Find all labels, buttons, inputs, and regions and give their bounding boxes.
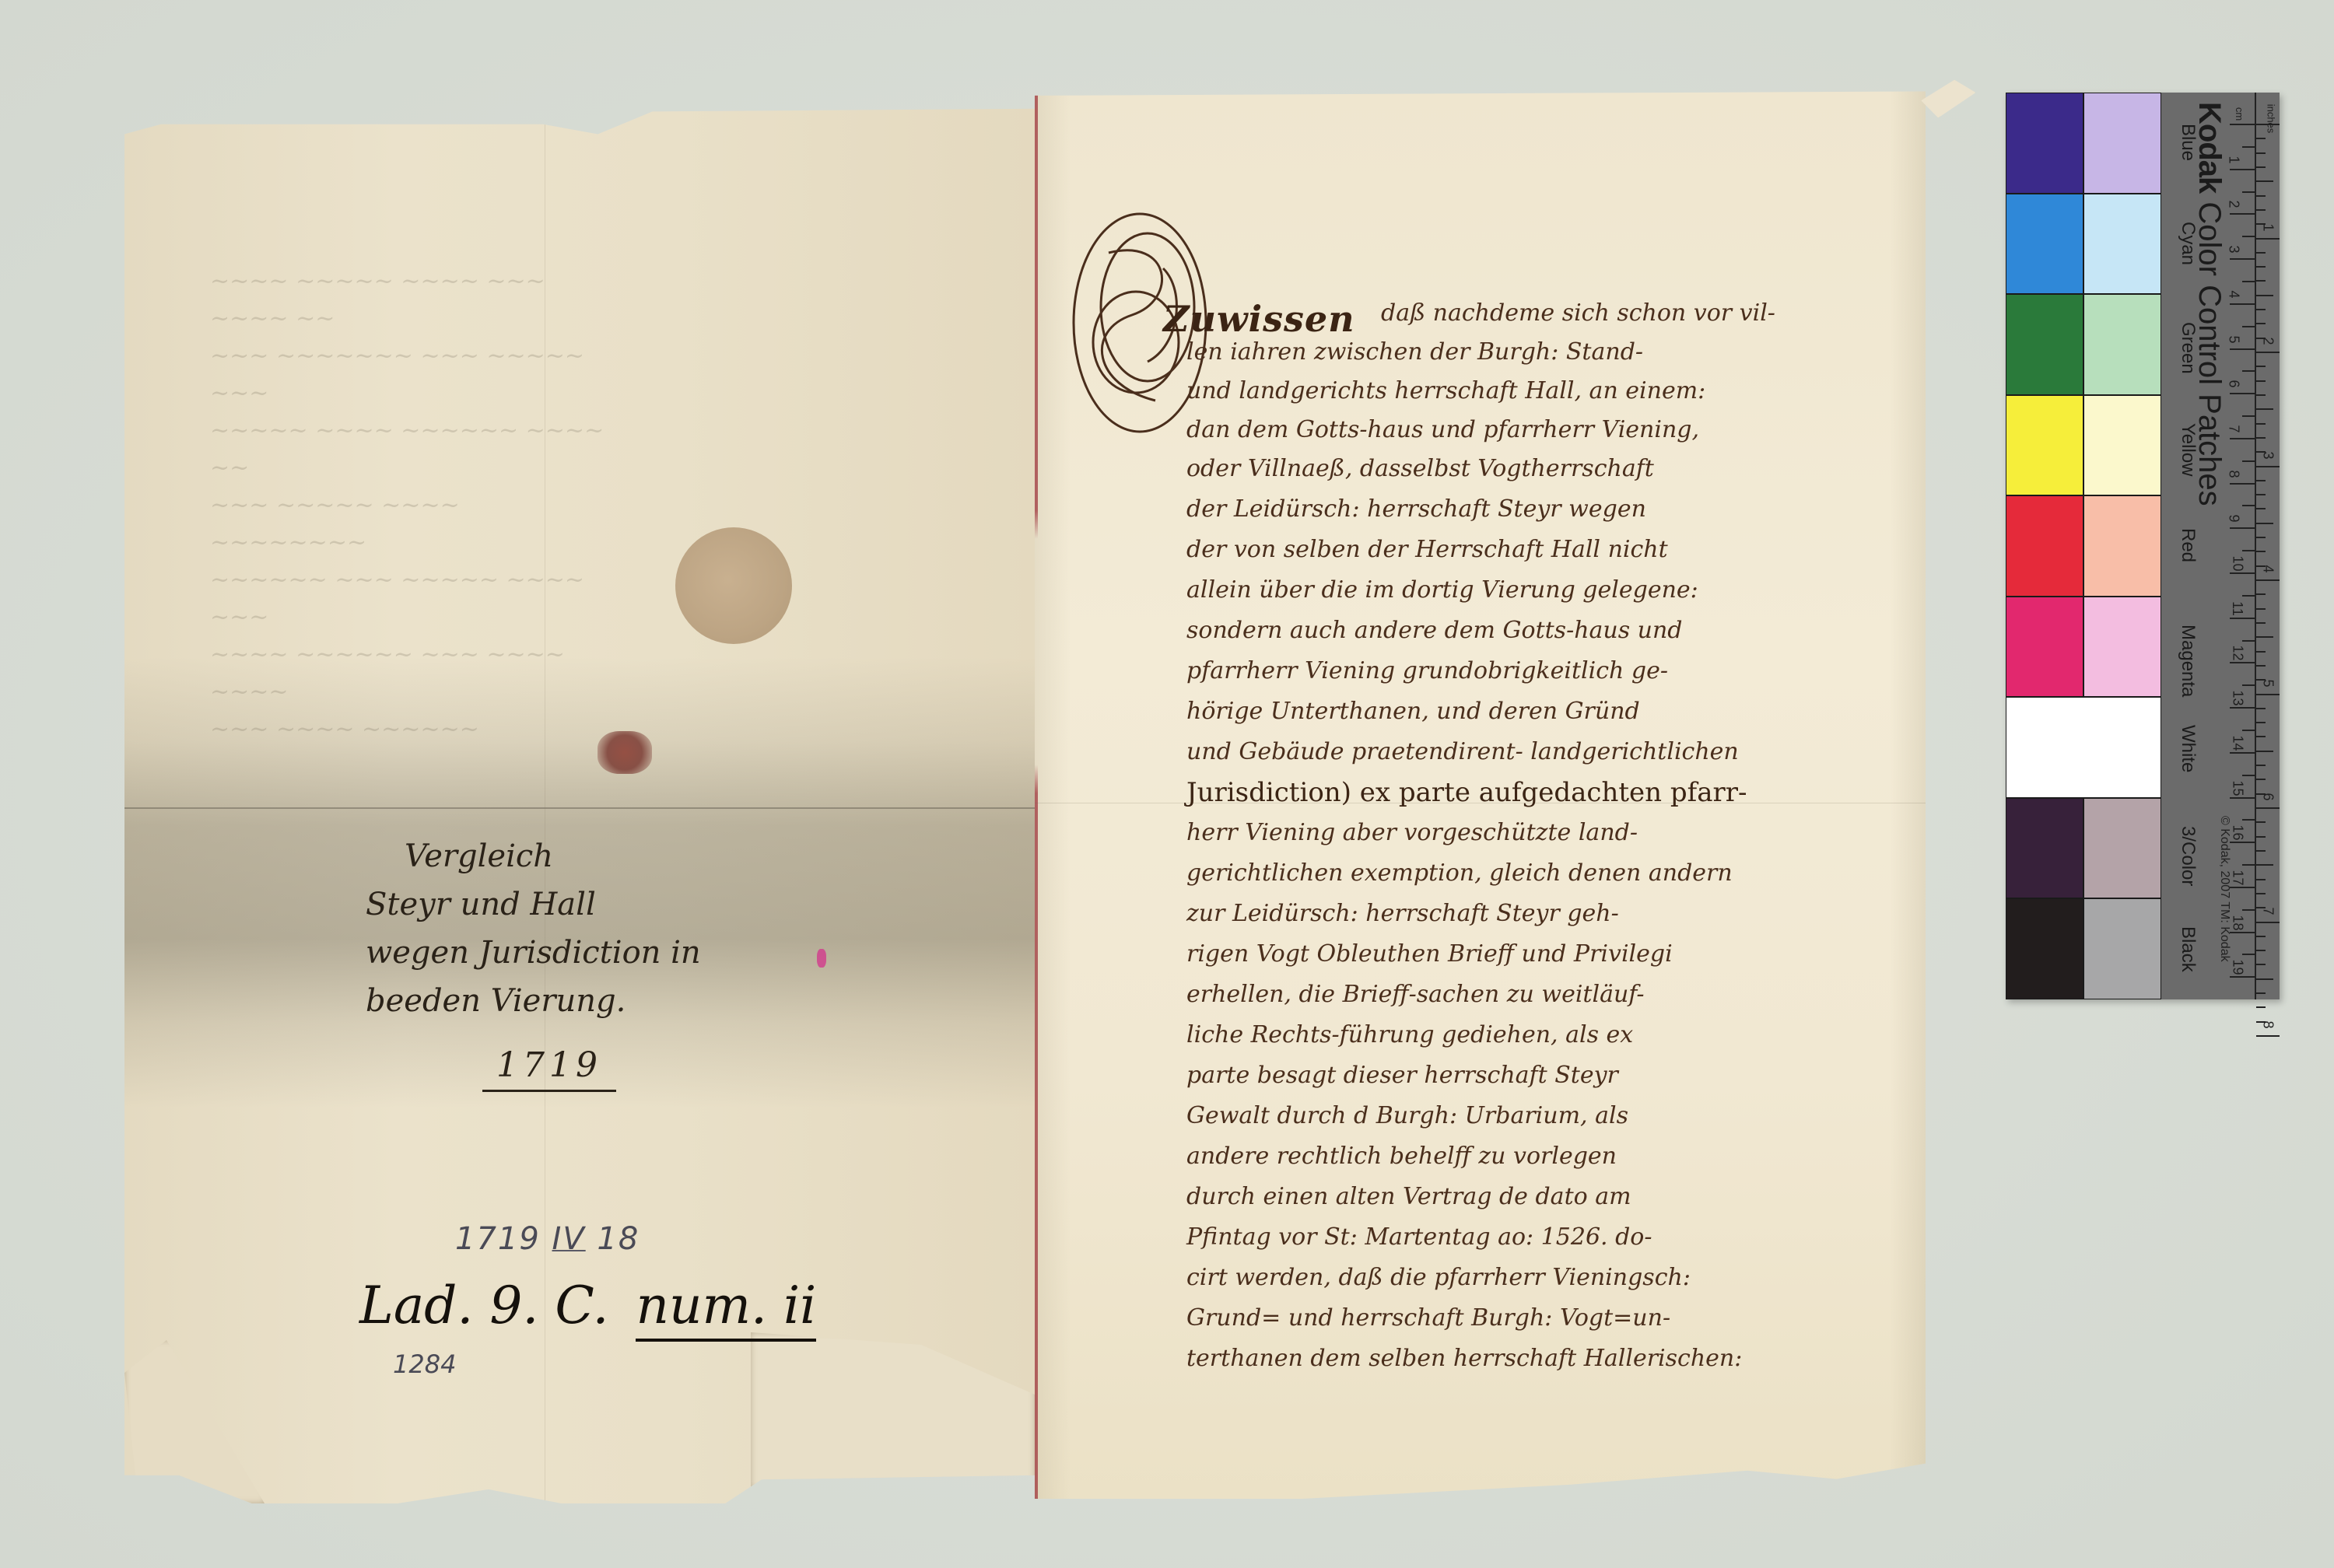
bleed-through-line: ~~~~ ~~~~~~ ~~~ ~~~~ ~~~~	[210, 636, 615, 711]
cm-tick	[2230, 707, 2255, 709]
inch-tick	[2256, 252, 2266, 254]
cm-tick	[2242, 819, 2255, 821]
cm-tick	[2242, 864, 2255, 866]
inch-tick	[2256, 523, 2273, 524]
inch-tick	[2256, 936, 2266, 937]
cm-tick	[2230, 483, 2255, 485]
centimeter-scale: cm 12345678910111213141516171819	[2230, 93, 2255, 999]
manuscript-line: oder Villnaeß, dasselbst Vogtherrschaft	[1186, 455, 1654, 482]
manuscript-line: daß nachdeme sich schon vor vil-	[1381, 299, 1775, 327]
inch-tick	[2256, 295, 2273, 296]
inch-tick	[2256, 1035, 2280, 1037]
inch-tick	[2256, 950, 2266, 951]
inch-tick-label: 6	[2260, 793, 2276, 800]
inch-tick	[2256, 238, 2280, 240]
kodak-title: Kodak Color Control Patches	[2194, 102, 2225, 646]
cm-tick	[2230, 169, 2255, 170]
pencil-date-day: 18	[597, 1221, 640, 1257]
manuscript-line: parte besagt dieser herrschaft Steyr	[1186, 1062, 1618, 1089]
color-patch-cyan-light	[2083, 194, 2161, 295]
inch-tick	[2256, 352, 2280, 353]
inch-tick	[2256, 1006, 2266, 1008]
patch-label: Black	[2177, 926, 2199, 970]
inch-tick	[2256, 722, 2266, 723]
cm-tick	[2242, 236, 2255, 237]
cm-tick-label: 8	[2226, 470, 2242, 478]
patch-label: 3/Color	[2177, 826, 2199, 870]
wax-seal-stain	[675, 527, 792, 644]
pencil-date-year: 1719	[455, 1221, 541, 1257]
inch-tick	[2256, 195, 2266, 197]
cm-tick-label: 5	[2226, 335, 2242, 343]
color-patch-white	[2006, 697, 2161, 798]
inch-tick	[2256, 608, 2266, 610]
inch-tick	[2256, 992, 2266, 994]
cm-tick	[2230, 213, 2255, 215]
manuscript-line: herr Viening aber vorgeschützte land-	[1186, 819, 1638, 846]
manuscript-line: der von selben der Herrschaft Hall nicht	[1186, 536, 1668, 563]
bleed-through-line: ~~~ ~~~~ ~~~~~~	[210, 711, 615, 748]
cm-tick	[2242, 460, 2255, 462]
manuscript-line: der Leidürsch: herrschaft Steyr wegen	[1186, 495, 1646, 523]
inch-tick	[2256, 166, 2266, 168]
inch-tick	[2256, 138, 2266, 139]
cm-tick	[2230, 618, 2255, 619]
inch-tick	[2256, 394, 2266, 396]
color-patch-3-color-dark	[2006, 798, 2083, 899]
inch-tick	[2256, 879, 2266, 880]
pencil-date: 1719 IV 18	[455, 1221, 640, 1257]
inch-tick	[2256, 807, 2280, 809]
cm-tick-label: 13	[2230, 691, 2246, 706]
manuscript-line: andere rechtlich behelff zu vorlegen	[1186, 1143, 1617, 1170]
inch-scale: inches 12345678	[2255, 93, 2281, 999]
inch-tick	[2256, 508, 2266, 509]
red-wax-remnant	[598, 731, 652, 774]
cm-tick	[2242, 281, 2255, 282]
inch-tick	[2256, 864, 2273, 866]
cm-tick	[2242, 146, 2255, 148]
inch-tick	[2256, 380, 2266, 382]
cm-tick	[2242, 730, 2255, 731]
cm-tick	[2230, 124, 2255, 125]
manuscript-line: sondern auch andere dem Gotts-haus und	[1186, 617, 1683, 644]
inch-tick	[2256, 266, 2266, 268]
inch-tick	[2256, 466, 2280, 467]
inch-tick-label: 8	[2260, 1020, 2276, 1028]
inch-tick	[2256, 551, 2266, 552]
kodak-logo: Kodak	[2192, 102, 2227, 193]
color-patch-blue-light	[2083, 93, 2161, 194]
bleed-through-line: ~~~~~ ~~~~ ~~~~~~ ~~~~ ~~	[210, 412, 615, 487]
red-binding-thread	[1035, 87, 1038, 1499]
cm-tick	[2230, 527, 2255, 529]
cm-tick	[2242, 550, 2255, 551]
color-patch-green-light	[2083, 294, 2161, 395]
inch-tick	[2256, 366, 2266, 367]
manuscript-line: gerichtlichen exemption, gleich denen an…	[1186, 859, 1733, 887]
cm-tick-label: 4	[2226, 290, 2242, 298]
manuscript-line: zur Leidürsch: herrschaft Steyr geh-	[1186, 900, 1619, 927]
manuscript-line: Pfintag vor St: Martentag ao: 1526. do-	[1186, 1223, 1652, 1251]
cm-tick-label: 18	[2230, 915, 2246, 930]
cm-unit-label: cm	[2234, 107, 2245, 121]
inch-tick	[2256, 437, 2266, 439]
color-patch-magenta-light	[2083, 597, 2161, 698]
bleed-through-text: ~~~~ ~~~~~ ~~~~ ~~~ ~~~~ ~~ ~~~ ~~~~~~~ …	[210, 263, 615, 748]
inch-tick-label: 1	[2260, 223, 2276, 231]
inch-tick	[2256, 836, 2266, 838]
color-patch-blue-dark	[2006, 93, 2083, 194]
cm-tick	[2242, 370, 2255, 372]
color-patch-black-light	[2083, 898, 2161, 999]
inch-tick	[2256, 751, 2273, 752]
inch-tick	[2256, 309, 2266, 310]
color-patch-green-dark	[2006, 294, 2083, 395]
manuscript-line: allein über die im dortig Vierung gelege…	[1186, 576, 1698, 604]
opening-word: Zuwissen	[1163, 298, 1355, 340]
inch-tick	[2256, 708, 2266, 709]
color-patch-cyan-dark	[2006, 194, 2083, 295]
inch-tick	[2256, 280, 2266, 282]
bleed-through-line: ~~~~ ~~~~~ ~~~~ ~~~ ~~~~ ~~	[210, 263, 615, 338]
cm-tick	[2242, 909, 2255, 911]
inch-tick	[2256, 323, 2266, 324]
cm-tick	[2230, 752, 2255, 754]
bleed-through-line: ~~~ ~~~~~ ~~~~ ~~~~~~~~	[210, 487, 615, 562]
cm-tick-label: 17	[2230, 870, 2246, 885]
cm-tick	[2230, 348, 2255, 350]
cm-tick	[2230, 797, 2255, 799]
cm-tick	[2230, 393, 2255, 394]
cm-tick-label: 9	[2226, 515, 2242, 523]
inch-tick	[2256, 408, 2273, 410]
manuscript-line: Gewalt durch d Burgh: Urbarium, als	[1186, 1102, 1628, 1129]
cm-tick	[2230, 303, 2255, 305]
color-patch-3-color-light	[2083, 798, 2161, 899]
color-patch-yellow-light	[2083, 395, 2161, 496]
inch-tick	[2256, 537, 2266, 538]
inch-tick	[2256, 579, 2280, 581]
inch-tick	[2256, 494, 2266, 495]
cm-tick-label: 6	[2226, 380, 2242, 388]
endorsement-line: Vergleich	[366, 832, 801, 880]
manuscript-line: Grund= und herrschaft Burgh: Vogt=un-	[1186, 1304, 1670, 1332]
inch-tick	[2256, 152, 2266, 154]
archive-signature-prefix: Lad. 9. C.	[359, 1276, 608, 1335]
cm-tick	[2242, 684, 2255, 686]
manuscript-line: und landgerichts herrschaft Hall, an ein…	[1186, 377, 1705, 404]
cm-tick-label: 14	[2230, 735, 2246, 751]
archive-signature: Lad. 9. C. num. ii	[359, 1276, 816, 1342]
inch-tick	[2256, 779, 2266, 780]
inch-tick-label: 3	[2260, 451, 2276, 459]
cm-tick-label: 7	[2226, 425, 2242, 432]
bleed-through-line: ~~~~~~ ~~~ ~~~~~ ~~~~ ~~~	[210, 562, 615, 636]
bleed-through-line: ~~~ ~~~~~~~ ~~~ ~~~~~ ~~~	[210, 338, 615, 412]
inch-tick	[2256, 922, 2280, 923]
manuscript-line: hörige Unterthanen, und deren Gründ	[1186, 698, 1640, 725]
inch-tick	[2256, 765, 2266, 766]
cm-tick-label: 11	[2229, 601, 2245, 616]
inch-tick	[2256, 622, 2266, 624]
inch-tick-label: 7	[2260, 907, 2276, 915]
cm-tick	[2230, 258, 2255, 260]
cm-tick	[2242, 191, 2255, 193]
manuscript-line: und Gebäude praetendirent- landgerichtli…	[1186, 738, 1739, 765]
pencil-catalog-id: 1284	[393, 1349, 456, 1379]
inch-tick	[2256, 665, 2266, 667]
manuscript-line: rigen Vogt Obleuthen Brieff und Privileg…	[1186, 940, 1673, 968]
inch-tick-label: 4	[2260, 565, 2276, 572]
inch-tick	[2256, 651, 2266, 653]
manuscript-line: Jurisdiction) ex parte aufgedachten pfar…	[1186, 777, 1747, 808]
manuscript-line: cirt werden, daß die pfarrherr Vieningsc…	[1186, 1264, 1691, 1291]
cm-tick	[2242, 775, 2255, 776]
inch-tick	[2256, 124, 2280, 125]
cm-tick	[2230, 572, 2255, 574]
inch-tick	[2256, 209, 2266, 211]
cm-tick-label: 19	[2230, 960, 2246, 975]
inch-tick-label: 5	[2260, 679, 2276, 687]
cm-tick	[2242, 415, 2255, 417]
cm-tick	[2230, 438, 2255, 439]
cm-tick	[2230, 932, 2255, 933]
inch-tick	[2256, 593, 2266, 595]
manuscript-line: dan dem Gotts-haus und pfarrherr Viening…	[1186, 416, 1699, 443]
endorsement-note: Vergleich Steyr und Hall wegen Jurisdict…	[366, 832, 801, 1092]
cm-tick-label: 12	[2230, 646, 2246, 661]
endorsement-line: wegen Jurisdiction in	[366, 929, 801, 977]
cm-tick	[2242, 640, 2255, 642]
manuscript-line: liche Rechts-führung gediehen, als ex	[1186, 1021, 1633, 1048]
cm-tick-label: 15	[2230, 780, 2246, 796]
horizontal-fold-line	[124, 807, 1035, 809]
manuscript-line: durch einen alten Vertrag de dato am	[1186, 1183, 1631, 1210]
cm-tick	[2230, 662, 2255, 663]
inch-tick	[2256, 736, 2266, 737]
color-patch-red-dark	[2006, 495, 2083, 597]
color-patch-black-dark	[2006, 898, 2083, 999]
cm-tick	[2242, 595, 2255, 597]
endorsement-line: Steyr und Hall	[366, 880, 801, 929]
cm-tick-label: 1	[2226, 156, 2242, 163]
inch-tick	[2256, 964, 2266, 965]
endorsement-line: beeden Vierung.	[366, 977, 801, 1025]
kodak-title-text: Color Control Patches	[2192, 201, 2227, 506]
inch-unit-label: inches	[2265, 104, 2276, 134]
inch-tick	[2256, 893, 2266, 894]
cm-tick	[2230, 976, 2255, 978]
inch-tick-label: 2	[2260, 337, 2276, 345]
archive-signature-number: num. ii	[636, 1276, 816, 1342]
inch-tick	[2256, 850, 2266, 852]
color-patch-red-light	[2083, 495, 2161, 597]
manuscript-line: len iahren zwischen der Burgh: Stand-	[1186, 338, 1643, 366]
endorsement-year: 1719	[482, 1045, 616, 1092]
pink-mark	[817, 949, 826, 968]
inch-tick	[2256, 978, 2273, 980]
kodak-color-control-strip: BlueCyanGreenYellowRedMagentaWhite3/Colo…	[2006, 93, 2280, 999]
cm-tick	[2230, 842, 2255, 843]
manuscript-line: erhellen, die Brieff-sachen zu weitläuf-	[1186, 981, 1644, 1008]
color-patch-yellow-dark	[2006, 395, 2083, 496]
ruler-band: BlueCyanGreenYellowRedMagentaWhite3/Colo…	[2161, 93, 2280, 999]
inch-tick	[2256, 694, 2280, 695]
cm-tick	[2230, 887, 2255, 888]
cm-tick-label: 16	[2230, 825, 2246, 841]
cm-tick	[2242, 954, 2255, 955]
color-patch-magenta-dark	[2006, 597, 2083, 698]
manuscript-line: pfarrherr Viening grundobrigkeitlich ge-	[1186, 657, 1668, 684]
inch-tick	[2256, 636, 2273, 638]
manuscript-line: terthanen dem selben herrschaft Halleris…	[1186, 1345, 1742, 1372]
pencil-date-month: IV	[552, 1221, 586, 1257]
folded-corner-bottom-right	[751, 1332, 1035, 1488]
cm-tick	[2242, 505, 2255, 506]
color-patch-grid	[2006, 93, 2161, 999]
inch-tick	[2256, 423, 2266, 425]
inch-tick	[2256, 821, 2266, 823]
cm-tick-label: 10	[2230, 555, 2246, 571]
inch-tick	[2256, 480, 2266, 481]
cm-tick-label: 3	[2226, 246, 2242, 254]
patch-label: White	[2177, 725, 2199, 768]
cm-tick-label: 2	[2226, 201, 2242, 208]
cm-tick	[2242, 326, 2255, 327]
inch-tick	[2256, 180, 2273, 182]
